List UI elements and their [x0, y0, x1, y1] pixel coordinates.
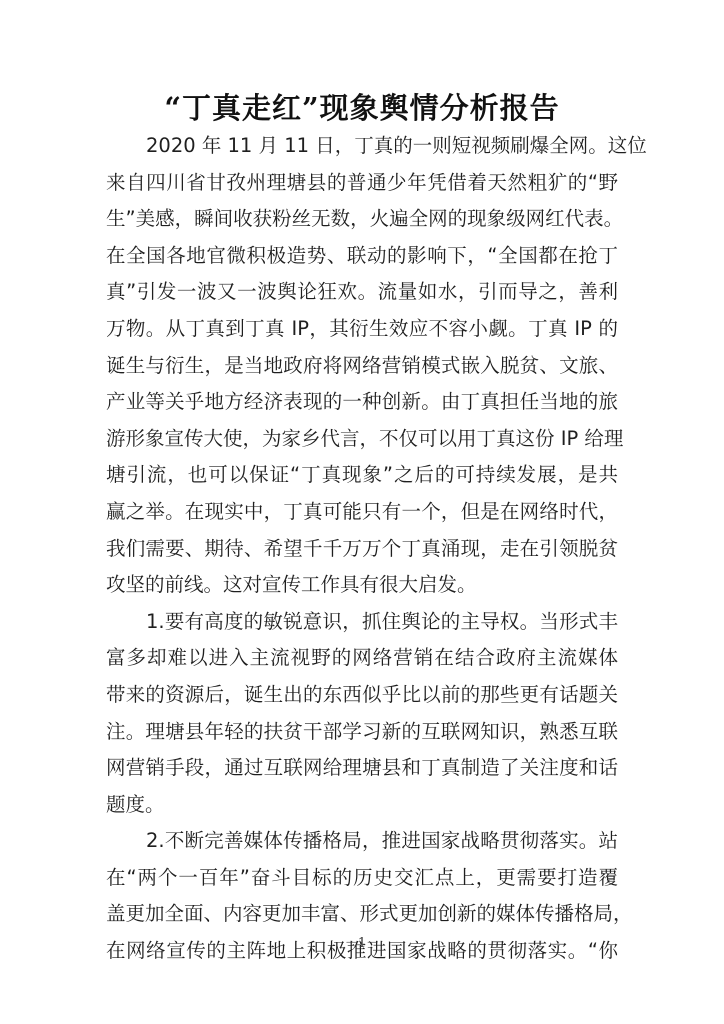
- paragraph-point-1-line: 富多却难以进入主流视野的网络营销在结合政府主流媒体: [106, 640, 618, 677]
- paragraph-intro-line: 产业等关乎地方经济表现的一种创新。由丁真担任当地的旅: [106, 384, 618, 421]
- paragraph-point-1-line: 网营销手段，通过互联网给理塘县和丁真制造了关注度和话: [106, 750, 618, 787]
- document-page: “丁真走红”现象舆情分析报告 2020 年 11 月 11 日，丁真的一则短视频…: [0, 0, 724, 1024]
- paragraph-intro-line: 赢之举。在现实中，丁真可能只有一个，但是在网络时代，: [106, 494, 618, 531]
- paragraph-intro-line: 塘引流，也可以保证“丁真现象”之后的可持续发展，是共: [106, 457, 618, 494]
- paragraph-point-2-line: 在“两个一百年”奋斗目标的历史交汇点上，更需要打造覆: [106, 860, 618, 897]
- paragraph-intro-line: 生”美感，瞬间收获粉丝无数，火遍全网的现象级网红代表。: [106, 201, 618, 238]
- paragraph-point-1-line: 题度。: [106, 787, 618, 824]
- paragraph-intro-line: 在全国各地官微积极造势、联动的影响下，“全国都在抢丁: [106, 238, 618, 275]
- paragraph-point-2-line: 盖更加全面、内容更加丰富、形式更加创新的媒体传播格局，: [106, 896, 618, 933]
- paragraph-intro-line: 2020 年 11 月 11 日，丁真的一则短视频刷爆全网。这位: [106, 128, 618, 165]
- document-body: 2020 年 11 月 11 日，丁真的一则短视频刷爆全网。这位 来自四川省甘孜…: [106, 128, 618, 970]
- paragraph-intro-line: 真”引发一波又一波舆论狂欢。流量如水，引而导之，善利: [106, 274, 618, 311]
- page-number: －1－: [0, 932, 724, 951]
- paragraph-point-2-line: 2.不断完善媒体传播格局，推进国家战略贯彻落实。站: [106, 823, 618, 860]
- paragraph-intro-line: 来自四川省甘孜州理塘县的普通少年凭借着天然粗犷的“野: [106, 165, 618, 202]
- paragraph-point-1-line: 1.要有高度的敏锐意识，抓住舆论的主导权。当形式丰: [106, 604, 618, 641]
- paragraph-point-1-line: 注。理塘县年轻的扶贫干部学习新的互联网知识，熟悉互联: [106, 714, 618, 751]
- document-title: “丁真走红”现象舆情分析报告: [0, 86, 724, 127]
- paragraph-intro-line: 攻坚的前线。这对宣传工作具有很大启发。: [106, 567, 618, 604]
- paragraph-intro-line: 我们需要、期待、希望千千万万个丁真涌现，走在引领脱贫: [106, 531, 618, 568]
- paragraph-intro-line: 诞生与衍生，是当地政府将网络营销模式嵌入脱贫、文旅、: [106, 348, 618, 385]
- paragraph-intro-line: 游形象宣传大使，为家乡代言，不仅可以用丁真这份 IP 给理: [106, 421, 618, 458]
- paragraph-point-1-line: 带来的资源后，诞生出的东西似乎比以前的那些更有话题关: [106, 677, 618, 714]
- paragraph-intro-line: 万物。从丁真到丁真 IP，其衍生效应不容小觑。丁真 IP 的: [106, 311, 618, 348]
